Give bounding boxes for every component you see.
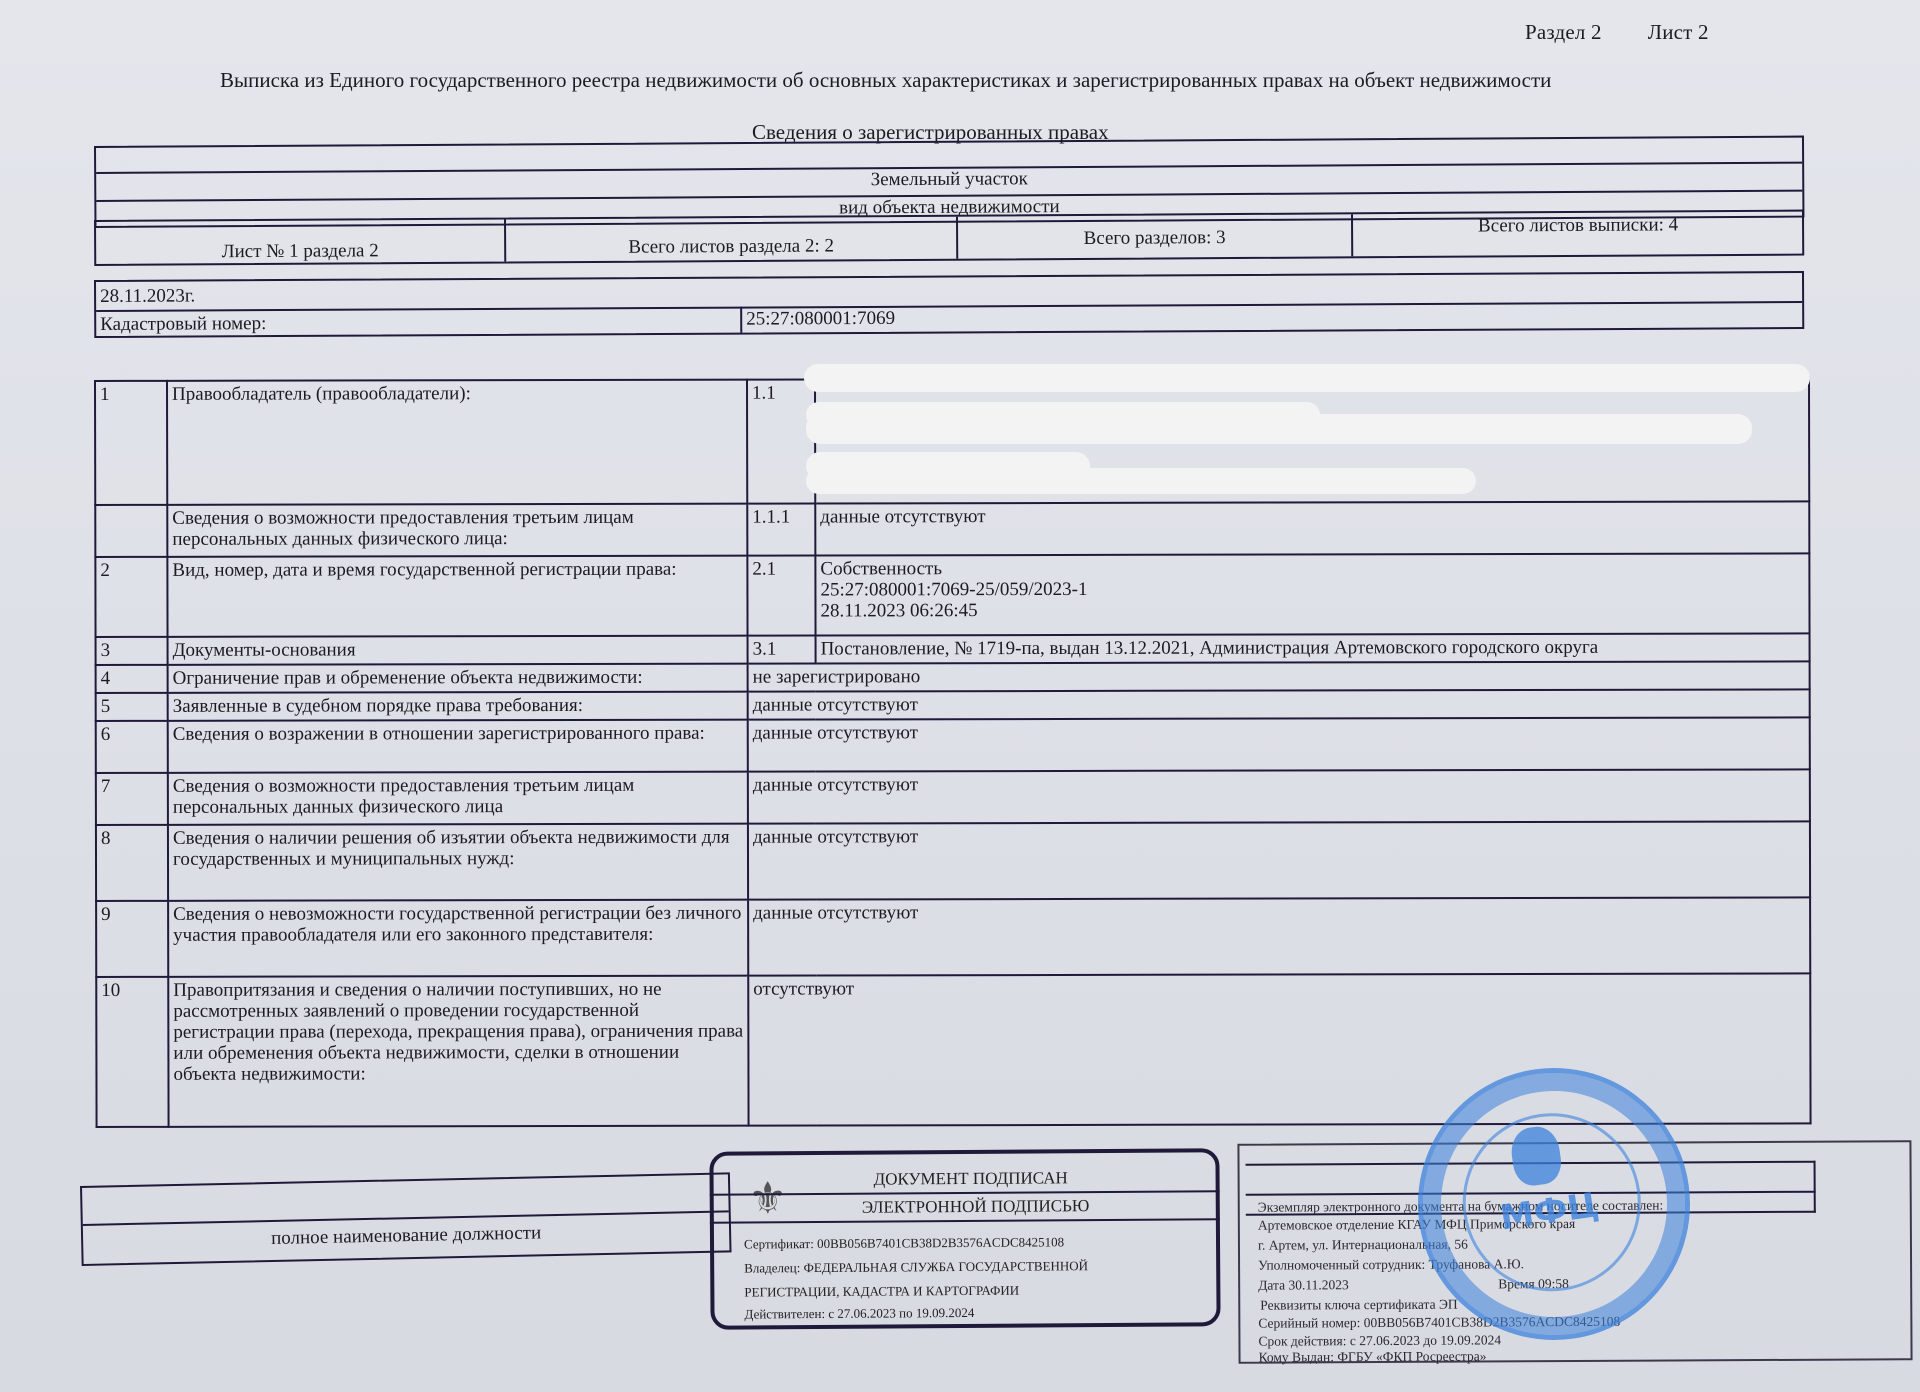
- row-label: Документы-основания: [168, 636, 748, 665]
- row-value: данные отсутствуют: [748, 897, 1810, 975]
- copy-key-header: Реквизиты ключа сертификата ЭП: [1260, 1297, 1457, 1314]
- date-cadastral-box: 28.11.2023г. Кадастровый номер: 25:27:08…: [94, 271, 1804, 338]
- total-sheets-section: Всего листов раздела 2: 2: [506, 235, 956, 259]
- row-value: данные отсутствуют: [748, 717, 1810, 771]
- row-label: Сведения о возможности предоставления тр…: [167, 504, 747, 557]
- registration-value: Собственность 25:27:080001:7069-25/059/2…: [815, 553, 1809, 635]
- row-label: Сведения о возражении в отношении зареги…: [168, 720, 748, 773]
- row-value: отсутствуют: [748, 973, 1810, 1125]
- row-number: [95, 505, 167, 557]
- row-number: 1: [95, 381, 167, 505]
- sheet-number: Лист № 1 раздела 2: [96, 239, 504, 262]
- row-value: данные отсутствуют: [748, 769, 1810, 823]
- position-box: полное наименование должности: [80, 1172, 732, 1266]
- electronic-signature-box: ⚜ ДОКУМЕНТ ПОДПИСАН ЭЛЕКТРОННОЙ ПОДПИСЬЮ…: [709, 1148, 1220, 1330]
- row-value: не зарегистрировано: [748, 661, 1810, 691]
- row-number: 3: [96, 637, 168, 665]
- row-label: Сведения о возможности предоставления тр…: [168, 772, 748, 825]
- cadastral-label: Кадастровый номер:: [100, 313, 266, 335]
- redaction-bar: [806, 414, 1752, 444]
- validity-period: Действителен: с 27.06.2023 по 19.09.2024: [744, 1304, 974, 1323]
- right-type: Собственность: [820, 556, 1804, 579]
- table-row: 8 Сведения о наличии решения об изъятии …: [96, 821, 1810, 901]
- registration-datetime: 28.11.2023 06:26:45: [820, 598, 1804, 621]
- redaction-bar: [804, 364, 1810, 392]
- row-number: 10: [96, 977, 168, 1127]
- table-row: 4 Ограничение прав и обременение объекта…: [96, 661, 1810, 693]
- row-subnumber: 3.1: [748, 635, 816, 663]
- row-value: данные отсутствуют: [815, 501, 1809, 555]
- signed-line1: ДОКУМЕНТ ПОДПИСАН: [874, 1169, 1068, 1187]
- row-number: 2: [95, 557, 167, 637]
- row-value: данные отсутствуют: [748, 821, 1810, 899]
- registration-number: 25:27:080001:7069-25/059/2023-1: [820, 577, 1804, 600]
- table-row: 5 Заявленные в судебном порядке права тр…: [96, 689, 1810, 721]
- section-label: Раздел 2: [1525, 20, 1602, 44]
- certificate-number: Сертификат: 00BB056B7401CB38D2B3576ACDC8…: [744, 1233, 1064, 1252]
- owner-line2: РЕГИСТРАЦИИ, КАДАСТРА И КАРТОГРАФИИ: [744, 1282, 1019, 1301]
- row-label: Вид, номер, дата и время государственной…: [167, 556, 747, 637]
- row-label: Правообладатель (правообладатели):: [167, 380, 747, 505]
- row-value: Постановление, № 1719-па, выдан 13.12.20…: [816, 633, 1810, 663]
- row-label: Сведения о наличии решения об изъятии об…: [168, 824, 748, 901]
- redaction-bar: [806, 468, 1476, 494]
- table-row: Сведения о возможности предоставления тр…: [95, 501, 1809, 557]
- sheet-info-row: Лист № 1 раздела 2 Всего листов раздела …: [94, 210, 1804, 266]
- extract-date: 28.11.2023г.: [100, 285, 195, 306]
- row-label: Сведения о невозможности государственной…: [168, 900, 748, 977]
- table-row: 7 Сведения о возможности предоставления …: [96, 769, 1810, 825]
- row-number: 5: [96, 693, 168, 721]
- row-subnumber: 1.1.1: [747, 503, 815, 555]
- row-value: данные отсутствуют: [748, 689, 1810, 719]
- table-row: 6 Сведения о возражении в отношении заре…: [96, 717, 1810, 773]
- cadastral-number: 25:27:080001:7069: [746, 308, 895, 330]
- copy-validity: Срок действия: с 27.06.2023 до 19.09.202…: [1258, 1332, 1501, 1349]
- row-number: 4: [96, 665, 168, 693]
- signed-line2: ЭЛЕКТРОННОЙ ПОДПИСЬЮ: [862, 1197, 1090, 1216]
- row-label: Заявленные в судебном порядке права треб…: [168, 692, 748, 721]
- table-row: 9 Сведения о невозможности государственн…: [96, 897, 1810, 977]
- row-number: 9: [96, 901, 168, 977]
- row-label: Правопритязания и сведения о наличии пос…: [168, 976, 748, 1127]
- row-number: 6: [96, 721, 168, 773]
- sheet-label: Лист 2: [1648, 20, 1709, 44]
- table-row: 3 Документы-основания 3.1 Постановление,…: [96, 633, 1810, 665]
- copy-issued-to: Кому Выдан: ФГБУ «ФКП Росреестра»: [1259, 1348, 1487, 1365]
- document-title: Выписка из Единого государственного реес…: [220, 70, 1690, 91]
- page-marker: Раздел 2Лист 2: [1525, 22, 1709, 43]
- row-subnumber: 2.1: [747, 555, 815, 635]
- row-number: 8: [96, 825, 168, 901]
- total-sections: Всего разделов: 3: [958, 226, 1351, 249]
- row-number: 7: [96, 773, 168, 825]
- total-sheets-extract: Всего листов выписки: 4: [1353, 214, 1803, 238]
- table-row: 2 Вид, номер, дата и время государственн…: [95, 553, 1809, 637]
- owner-line1: Владелец: ФЕДЕРАЛЬНАЯ СЛУЖБА ГОСУДАРСТВЕ…: [744, 1257, 1088, 1276]
- copy-date: Дата 30.11.2023: [1258, 1277, 1349, 1293]
- row-subnumber: 1.1: [747, 379, 815, 503]
- row-label: Ограничение прав и обременение объекта н…: [168, 664, 748, 693]
